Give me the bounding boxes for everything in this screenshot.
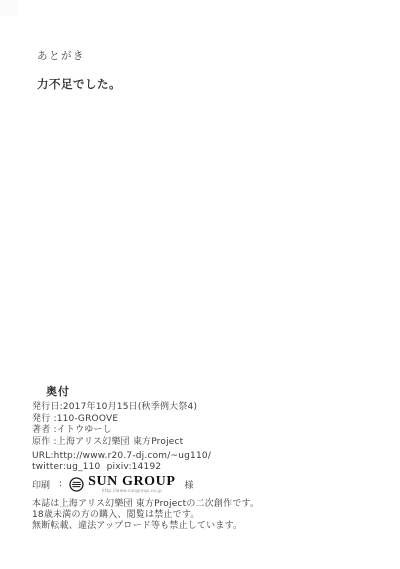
sun-group-circle-icon bbox=[69, 477, 84, 492]
publication-info: 発行日:2017年10月15日(秋季例大祭4) 発行 :110-GROOVE 著… bbox=[32, 402, 197, 448]
colophon-page: あとがき 力不足でした。 奥付 発行日:2017年10月15日(秋季例大祭4) … bbox=[0, 0, 400, 569]
author-line: 著者 :イトウゆーし bbox=[32, 425, 197, 437]
afterword-title: あとがき bbox=[37, 48, 121, 63]
original-work-line: 原作 :上海アリス幻樂団 東方Project bbox=[32, 437, 197, 449]
afterword-section: あとがき 力不足でした。 bbox=[37, 48, 121, 92]
contact-info: URL:http://www.r20.7-dj.com/~ug110/ twit… bbox=[32, 451, 211, 473]
printer-honorific: 様 bbox=[185, 478, 194, 491]
publish-date-line: 発行日:2017年10月15日(秋季例大祭4) bbox=[32, 402, 197, 414]
sun-group-tagline: http://www.sungroup.co.jp bbox=[102, 488, 162, 493]
colophon-title: 奥付 bbox=[46, 383, 70, 399]
printer-label: 印刷 bbox=[32, 478, 50, 491]
social-line: twitter:ug_110 pixiv:14192 bbox=[32, 462, 211, 473]
sun-group-name: SUN GROUP bbox=[88, 475, 175, 488]
sun-group-logo: SUN GROUP http://www.sungroup.co.jp bbox=[69, 475, 175, 493]
printer-colon: : bbox=[59, 479, 62, 489]
derivative-work-notice: 本誌は上海アリス幻樂団 東方Projectの二次創作です。 bbox=[32, 499, 259, 510]
sun-group-wordmark: SUN GROUP http://www.sungroup.co.jp bbox=[88, 475, 175, 493]
legal-notice: 本誌は上海アリス幻樂団 東方Projectの二次創作です。 18歳未満の方の購入… bbox=[32, 499, 259, 531]
afterword-body: 力不足でした。 bbox=[37, 76, 121, 92]
scan-smudge bbox=[0, 0, 18, 16]
no-reupload-notice: 無断転載、違法アップロード等も禁止しています。 bbox=[32, 521, 259, 532]
url-line: URL:http://www.r20.7-dj.com/~ug110/ bbox=[32, 451, 211, 462]
age-restriction-notice: 18歳未満の方の購入、閲覧は禁止です。 bbox=[32, 510, 259, 521]
printer-row: 印刷 : SUN GROUP http://www.sungroup.co.jp… bbox=[32, 475, 194, 493]
publisher-line: 発行 :110-GROOVE bbox=[32, 414, 197, 426]
